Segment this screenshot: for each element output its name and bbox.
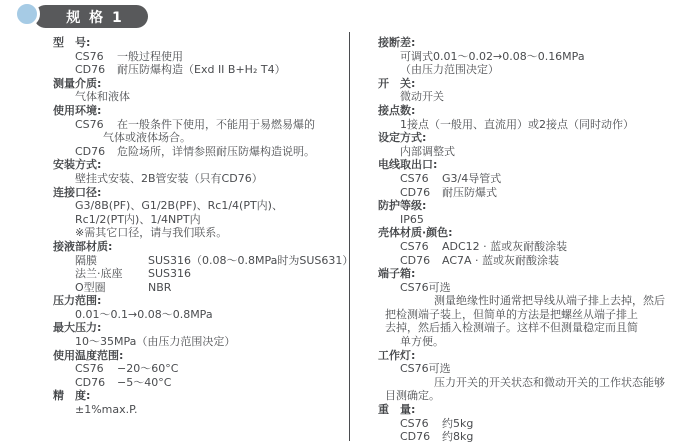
- spec-line-text: 危险场所，详情参照耐压防爆构造说明。: [117, 145, 315, 158]
- spec-line-text: 约8kg: [442, 430, 473, 443]
- spec-line-text: 耐压防爆式: [442, 186, 497, 199]
- spec-line-text: 测量绝缘性时通常把导线从端子排上去掉，然后: [434, 294, 665, 307]
- section-heading: 使用温度范围:: [53, 349, 345, 363]
- spec-line-text: −5～40°C: [117, 376, 171, 389]
- section-heading: 端子箱:: [378, 267, 690, 281]
- spec-line-text: 约5kg: [442, 417, 473, 430]
- spec-line: CD76危险场所，详情参照耐压防爆构造说明。: [75, 145, 345, 159]
- bullet-circle-icon: [14, 1, 40, 27]
- spec-line: 气体和液体: [75, 90, 345, 104]
- spec-line-text: 可调式0.01～0.02→0.08～0.16MPa: [400, 50, 585, 63]
- spec-line-text: ADC12 · 蓝或灰耐酸涂装: [442, 240, 567, 253]
- spec-section: 设定方式:内部调整式: [378, 131, 690, 158]
- spec-line-label: CS76: [400, 240, 442, 254]
- spec-line: 把检测端子装上，但简单的方法是把螺丝从端子排上: [385, 308, 690, 322]
- spec-line-label: 法兰·底座: [75, 267, 148, 281]
- spec-line: 壁挂式安装、2B管安装（只有CD76）: [75, 172, 345, 186]
- spec-line-text: CS76可选: [400, 281, 451, 294]
- spec-line: CS76可选: [400, 281, 690, 295]
- spec-section: 重 量:CS76约5kgCD76约8kg: [378, 403, 690, 444]
- spec-line-text: ※需其它口径，请与我们联系。: [75, 226, 227, 239]
- spec-line-label: CD76: [400, 254, 442, 268]
- spec-line: 目测确定。: [385, 389, 690, 403]
- page-header: 规 格 1: [0, 0, 700, 34]
- spec-line: 微动开关: [400, 90, 690, 104]
- spec-page: 规 格 1 型 号:CS76一般过程使用CD76耐压防爆构造（Exd II B+…: [0, 0, 700, 448]
- spec-line: G3/8B(PF)、G1/2B(PF)、Rc1/4(PT内)、: [75, 199, 345, 213]
- spec-line: Rc1/2(PT内)、1/4NPT内: [75, 213, 345, 227]
- spec-line-text: 压力开关的开关状态和微动开关的工作状态能够: [434, 376, 665, 389]
- section-heading: 型 号:: [53, 36, 345, 50]
- spec-section: 最大压力:10～35MPa（由压力范围决定）: [53, 321, 345, 348]
- spec-section: 防护等级:IP65: [378, 199, 690, 226]
- title-banner: 规 格 1: [34, 5, 148, 28]
- spec-section: 压力范围:0.01～0.1→0.08～0.8MPa: [53, 294, 345, 321]
- spec-section: 使用温度范围:CS76−20～60°CCD76−5～40°C: [53, 349, 345, 390]
- spec-line-text: SUS316（0.08～0.8MPa时为SUS631）: [148, 254, 353, 267]
- spec-line-text: 微动开关: [400, 90, 444, 103]
- spec-line-label: CD76: [400, 186, 442, 200]
- spec-section: 接点数:1接点（一般用、直流用）或2接点（同时动作）: [378, 104, 690, 131]
- spec-section: 使用环境:CS76在一般条件下使用，不能用于易燃易爆的气体或液体场合。CD76危…: [53, 104, 345, 158]
- spec-line-text: 内部调整式: [400, 145, 455, 158]
- spec-line: 气体或液体场合。: [103, 131, 345, 145]
- spec-line: 可调式0.01～0.02→0.08～0.16MPa: [400, 50, 690, 64]
- spec-line-text: G3/4导管式: [442, 172, 501, 185]
- spec-line: 内部调整式: [400, 145, 690, 159]
- spec-line: 0.01～0.1→0.08～0.8MPa: [75, 308, 345, 322]
- spec-line-label: CS76: [75, 118, 117, 132]
- section-heading: 精 度:: [53, 389, 345, 403]
- left-column: 型 号:CS76一般过程使用CD76耐压防爆构造（Exd II B+H₂ T4）…: [53, 36, 345, 417]
- right-column: 接断差:可调式0.01～0.02→0.08～0.16MPa（由压力范围决定）开 …: [378, 36, 690, 444]
- spec-section: 安装方式:壁挂式安装、2B管安装（只有CD76）: [53, 158, 345, 185]
- page-title: 规 格 1: [58, 7, 124, 27]
- spec-line-label: CD76: [75, 63, 117, 77]
- spec-line-label: CS76: [75, 362, 117, 376]
- spec-line-label: CS76: [400, 417, 442, 431]
- spec-line-text: ±1%max.P.: [75, 403, 138, 416]
- section-heading: 接断差:: [378, 36, 690, 50]
- section-heading: 工作灯:: [378, 349, 690, 363]
- spec-section: 连接口径:G3/8B(PF)、G1/2B(PF)、Rc1/4(PT内)、Rc1/…: [53, 186, 345, 240]
- section-heading: 最大压力:: [53, 321, 345, 335]
- spec-line-text: 耐压防爆构造（Exd II B+H₂ T4）: [117, 63, 286, 76]
- spec-line: 单方便。: [400, 335, 690, 349]
- spec-section: 接断差:可调式0.01～0.02→0.08～0.16MPa（由压力范围决定）: [378, 36, 690, 77]
- spec-line-text: 1接点（一般用、直流用）或2接点（同时动作）: [400, 118, 634, 131]
- spec-line: 测量绝缘性时通常把导线从端子排上去掉，然后: [434, 294, 690, 308]
- spec-line-text: 在一般条件下使用，不能用于易燃易爆的: [117, 118, 315, 131]
- section-heading: 开 关:: [378, 77, 690, 91]
- spec-line: 10～35MPa（由压力范围决定）: [75, 335, 345, 349]
- spec-line: 隔膜SUS316（0.08～0.8MPa时为SUS631）: [75, 254, 345, 268]
- spec-section: 接液部材质:隔膜SUS316（0.08～0.8MPa时为SUS631）法兰·底座…: [53, 240, 345, 294]
- spec-line: CD76耐压防爆构造（Exd II B+H₂ T4）: [75, 63, 345, 77]
- section-heading: 设定方式:: [378, 131, 690, 145]
- spec-line-text: IP65: [400, 213, 424, 226]
- spec-line-text: 把检测端子装上，但简单的方法是把螺丝从端子排上: [385, 308, 638, 321]
- spec-line-label: CS76: [75, 50, 117, 64]
- section-heading: 电线取出口:: [378, 158, 690, 172]
- spec-line-text: 10～35MPa（由压力范围决定）: [75, 335, 235, 348]
- spec-line-text: CS76可选: [400, 362, 451, 375]
- section-heading: 接点数:: [378, 104, 690, 118]
- spec-line-text: AC7A · 蓝或灰耐酸涂装: [442, 254, 559, 267]
- spec-section: 端子箱:CS76可选测量绝缘性时通常把导线从端子排上去掉，然后把检测端子装上，但…: [378, 267, 690, 349]
- spec-line: 去掉，然后插入检测端子。这样不但测量稳定而且简: [385, 321, 690, 335]
- spec-line: CD76AC7A · 蓝或灰耐酸涂装: [400, 254, 690, 268]
- spec-line-label: CD76: [75, 145, 117, 159]
- spec-line-text: SUS316: [148, 267, 191, 280]
- spec-line-text: 气体或液体场合。: [103, 131, 191, 144]
- section-heading: 压力范围:: [53, 294, 345, 308]
- spec-line-text: NBR: [148, 281, 171, 294]
- spec-section: 精 度:±1%max.P.: [53, 389, 345, 416]
- spec-line-text: 壁挂式安装、2B管安装（只有CD76）: [75, 172, 263, 185]
- spec-line-text: 目测确定。: [385, 389, 440, 402]
- spec-line-label: 隔膜: [75, 254, 148, 268]
- column-divider: [349, 32, 350, 441]
- spec-section: 型 号:CS76一般过程使用CD76耐压防爆构造（Exd II B+H₂ T4）: [53, 36, 345, 77]
- section-heading: 防护等级:: [378, 199, 690, 213]
- spec-line-label: O型圈: [75, 281, 148, 295]
- spec-section: 测量介质:气体和液体: [53, 77, 345, 104]
- spec-line: IP65: [400, 213, 690, 227]
- spec-section: 工作灯:CS76可选压力开关的开关状态和微动开关的工作状态能够目测确定。: [378, 349, 690, 403]
- section-heading: 壳体材质·颜色:: [378, 226, 690, 240]
- spec-line: CS76可选: [400, 362, 690, 376]
- spec-line: 法兰·底座SUS316: [75, 267, 345, 281]
- spec-line-label: CS76: [400, 172, 442, 186]
- spec-line: CS76−20～60°C: [75, 362, 345, 376]
- spec-line: ※需其它口径，请与我们联系。: [75, 226, 345, 240]
- spec-section: 壳体材质·颜色:CS76ADC12 · 蓝或灰耐酸涂装CD76AC7A · 蓝或…: [378, 226, 690, 267]
- spec-line: 压力开关的开关状态和微动开关的工作状态能够: [434, 376, 690, 390]
- spec-line-text: 0.01～0.1→0.08～0.8MPa: [75, 308, 213, 321]
- spec-line: CS76G3/4导管式: [400, 172, 690, 186]
- spec-line-text: （由压力范围决定）: [400, 63, 499, 76]
- spec-line: ±1%max.P.: [75, 403, 345, 417]
- section-heading: 重 量:: [378, 403, 690, 417]
- spec-line: CD76耐压防爆式: [400, 186, 690, 200]
- spec-line: CS76一般过程使用: [75, 50, 345, 64]
- spec-section: 开 关:微动开关: [378, 77, 690, 104]
- spec-line: CD76−5～40°C: [75, 376, 345, 390]
- spec-line-label: CD76: [400, 430, 442, 444]
- spec-line: CS76ADC12 · 蓝或灰耐酸涂装: [400, 240, 690, 254]
- spec-line-text: 单方便。: [400, 335, 444, 348]
- section-heading: 安装方式:: [53, 158, 345, 172]
- spec-line-text: 气体和液体: [75, 90, 130, 103]
- spec-line-text: 一般过程使用: [117, 50, 183, 63]
- spec-line-text: −20～60°C: [117, 362, 178, 375]
- section-heading: 使用环境:: [53, 104, 345, 118]
- spec-line-text: Rc1/2(PT内)、1/4NPT内: [75, 213, 201, 226]
- spec-line: 1接点（一般用、直流用）或2接点（同时动作）: [400, 118, 690, 132]
- section-heading: 测量介质:: [53, 77, 345, 91]
- spec-line: CS76约5kg: [400, 417, 690, 431]
- spec-line-text: 去掉，然后插入检测端子。这样不但测量稳定而且简: [385, 321, 638, 334]
- section-heading: 接液部材质:: [53, 240, 345, 254]
- spec-line-label: CD76: [75, 376, 117, 390]
- spec-line: （由压力范围决定）: [400, 63, 690, 77]
- spec-line-text: G3/8B(PF)、G1/2B(PF)、Rc1/4(PT内)、: [75, 199, 283, 212]
- spec-line: CD76约8kg: [400, 430, 690, 444]
- spec-section: 电线取出口:CS76G3/4导管式CD76耐压防爆式: [378, 158, 690, 199]
- spec-line: O型圈NBR: [75, 281, 345, 295]
- spec-line: CS76在一般条件下使用，不能用于易燃易爆的: [75, 118, 345, 132]
- section-heading: 连接口径:: [53, 186, 345, 200]
